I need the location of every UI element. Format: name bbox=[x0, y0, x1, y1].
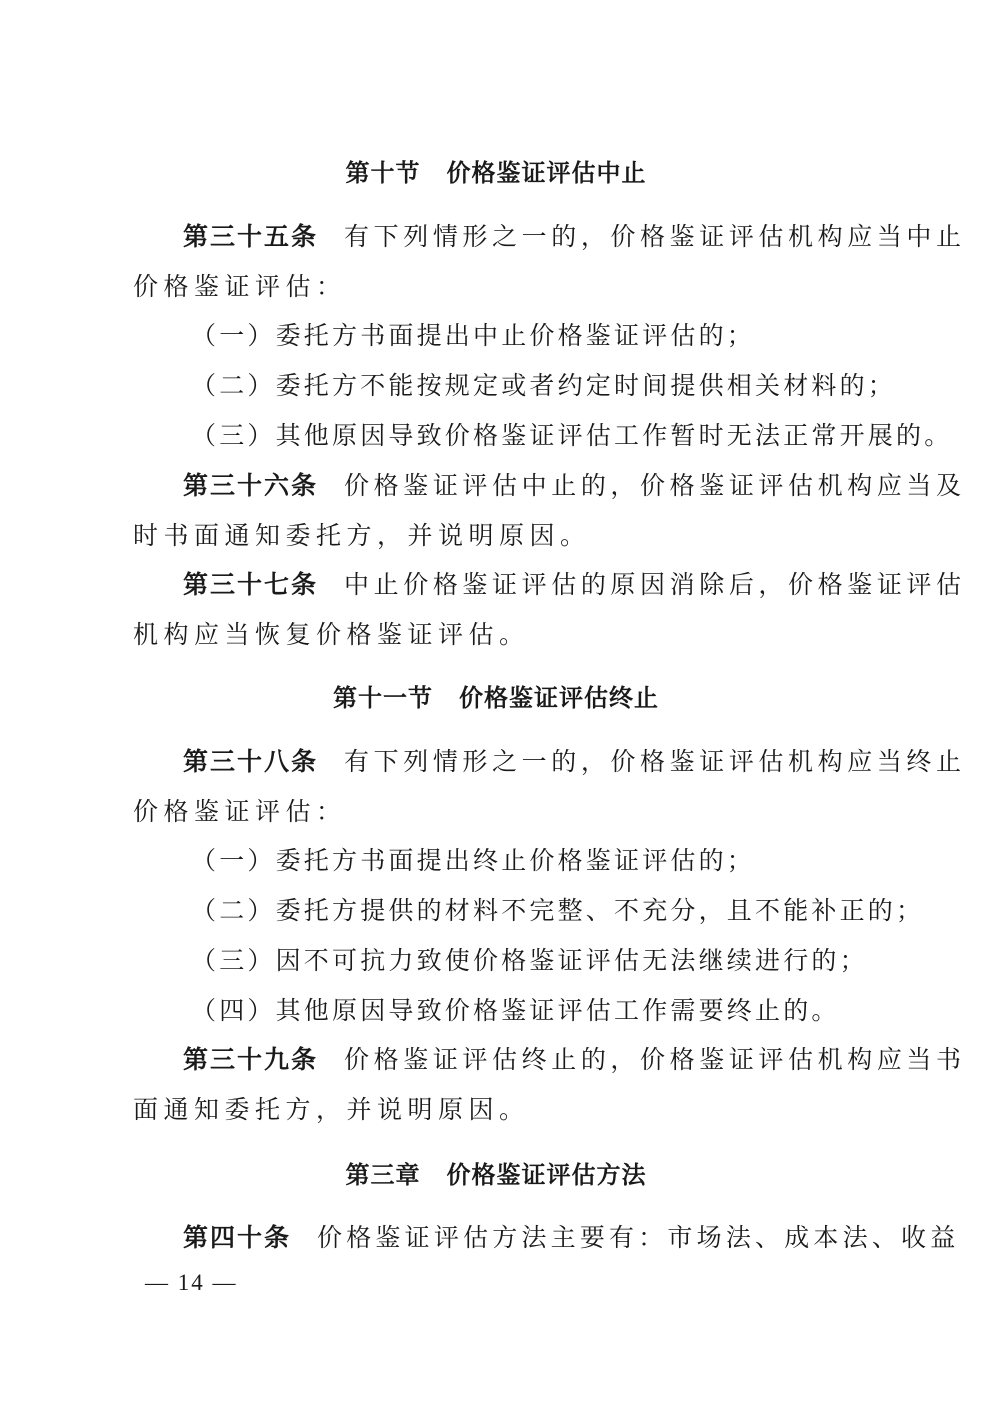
article-text-continued: 机构应当恢复价格鉴证评估。 bbox=[133, 619, 859, 651]
article-text-continued: 价格鉴证评估： bbox=[133, 796, 859, 828]
article-number: 第三十七条 bbox=[183, 570, 318, 599]
section-title: 价格鉴证评估中止 bbox=[447, 159, 647, 187]
article-paragraph: 第三十六条价格鉴证评估中止的，价格鉴证评估机构应当及 bbox=[133, 470, 859, 502]
chapter-label: 第三章 bbox=[346, 1161, 421, 1189]
article-text: 价格鉴证评估方法主要有：市场法、成本法、收益 bbox=[317, 1223, 959, 1252]
article-number: 第三十八条 bbox=[183, 747, 318, 776]
section-title: 价格鉴证评估终止 bbox=[459, 684, 659, 712]
article-text: 价格鉴证评估中止的，价格鉴证评估机构应当及 bbox=[344, 471, 966, 500]
article-text: 价格鉴证评估终止的，价格鉴证评估机构应当书 bbox=[344, 1045, 966, 1074]
article-text-continued: 面通知委托方，并说明原因。 bbox=[133, 1094, 859, 1126]
section-label: 第十一节 bbox=[333, 684, 433, 712]
article-text-continued: 时书面通知委托方，并说明原因。 bbox=[133, 520, 859, 552]
article-number: 第三十六条 bbox=[183, 471, 318, 500]
article-paragraph: 第三十五条有下列情形之一的，价格鉴证评估机构应当中止 bbox=[133, 221, 859, 253]
article-paragraph: 第三十九条价格鉴证评估终止的，价格鉴证评估机构应当书 bbox=[133, 1044, 859, 1076]
list-item: （二）委托方提供的材料不完整、不充分，且不能补正的； bbox=[133, 895, 859, 927]
article-text: 中止价格鉴证评估的原因消除后，价格鉴证评估 bbox=[344, 570, 966, 599]
chapter-heading: 第三章价格鉴证评估方法 bbox=[133, 1159, 859, 1191]
section-heading: 第十一节价格鉴证评估终止 bbox=[133, 682, 859, 714]
section-label: 第十节 bbox=[346, 159, 421, 187]
page-number: — 14 — bbox=[145, 1268, 238, 1298]
article-paragraph: 第三十八条有下列情形之一的，价格鉴证评估机构应当终止 bbox=[133, 746, 859, 778]
article-text: 有下列情形之一的，价格鉴证评估机构应当终止 bbox=[344, 747, 966, 776]
list-item: （四）其他原因导致价格鉴证评估工作需要终止的。 bbox=[133, 995, 859, 1027]
article-paragraph: 第四十条价格鉴证评估方法主要有：市场法、成本法、收益 bbox=[133, 1222, 859, 1254]
chapter-title: 价格鉴证评估方法 bbox=[447, 1161, 647, 1189]
list-item: （一）委托方书面提出终止价格鉴证评估的； bbox=[133, 845, 859, 877]
article-text: 有下列情形之一的，价格鉴证评估机构应当中止 bbox=[344, 222, 966, 251]
list-item: （一）委托方书面提出中止价格鉴证评估的； bbox=[133, 320, 859, 352]
article-paragraph: 第三十七条中止价格鉴证评估的原因消除后，价格鉴证评估 bbox=[133, 569, 859, 601]
list-item: （三）因不可抗力致使价格鉴证评估无法继续进行的； bbox=[133, 945, 859, 977]
article-text-continued: 价格鉴证评估： bbox=[133, 271, 859, 303]
list-item: （三）其他原因导致价格鉴证评估工作暂时无法正常开展的。 bbox=[133, 420, 859, 452]
article-number: 第三十九条 bbox=[183, 1045, 318, 1074]
article-number: 第三十五条 bbox=[183, 222, 318, 251]
article-number: 第四十条 bbox=[183, 1223, 291, 1252]
section-heading: 第十节价格鉴证评估中止 bbox=[133, 157, 859, 189]
list-item: （二）委托方不能按规定或者约定时间提供相关材料的； bbox=[133, 370, 859, 402]
